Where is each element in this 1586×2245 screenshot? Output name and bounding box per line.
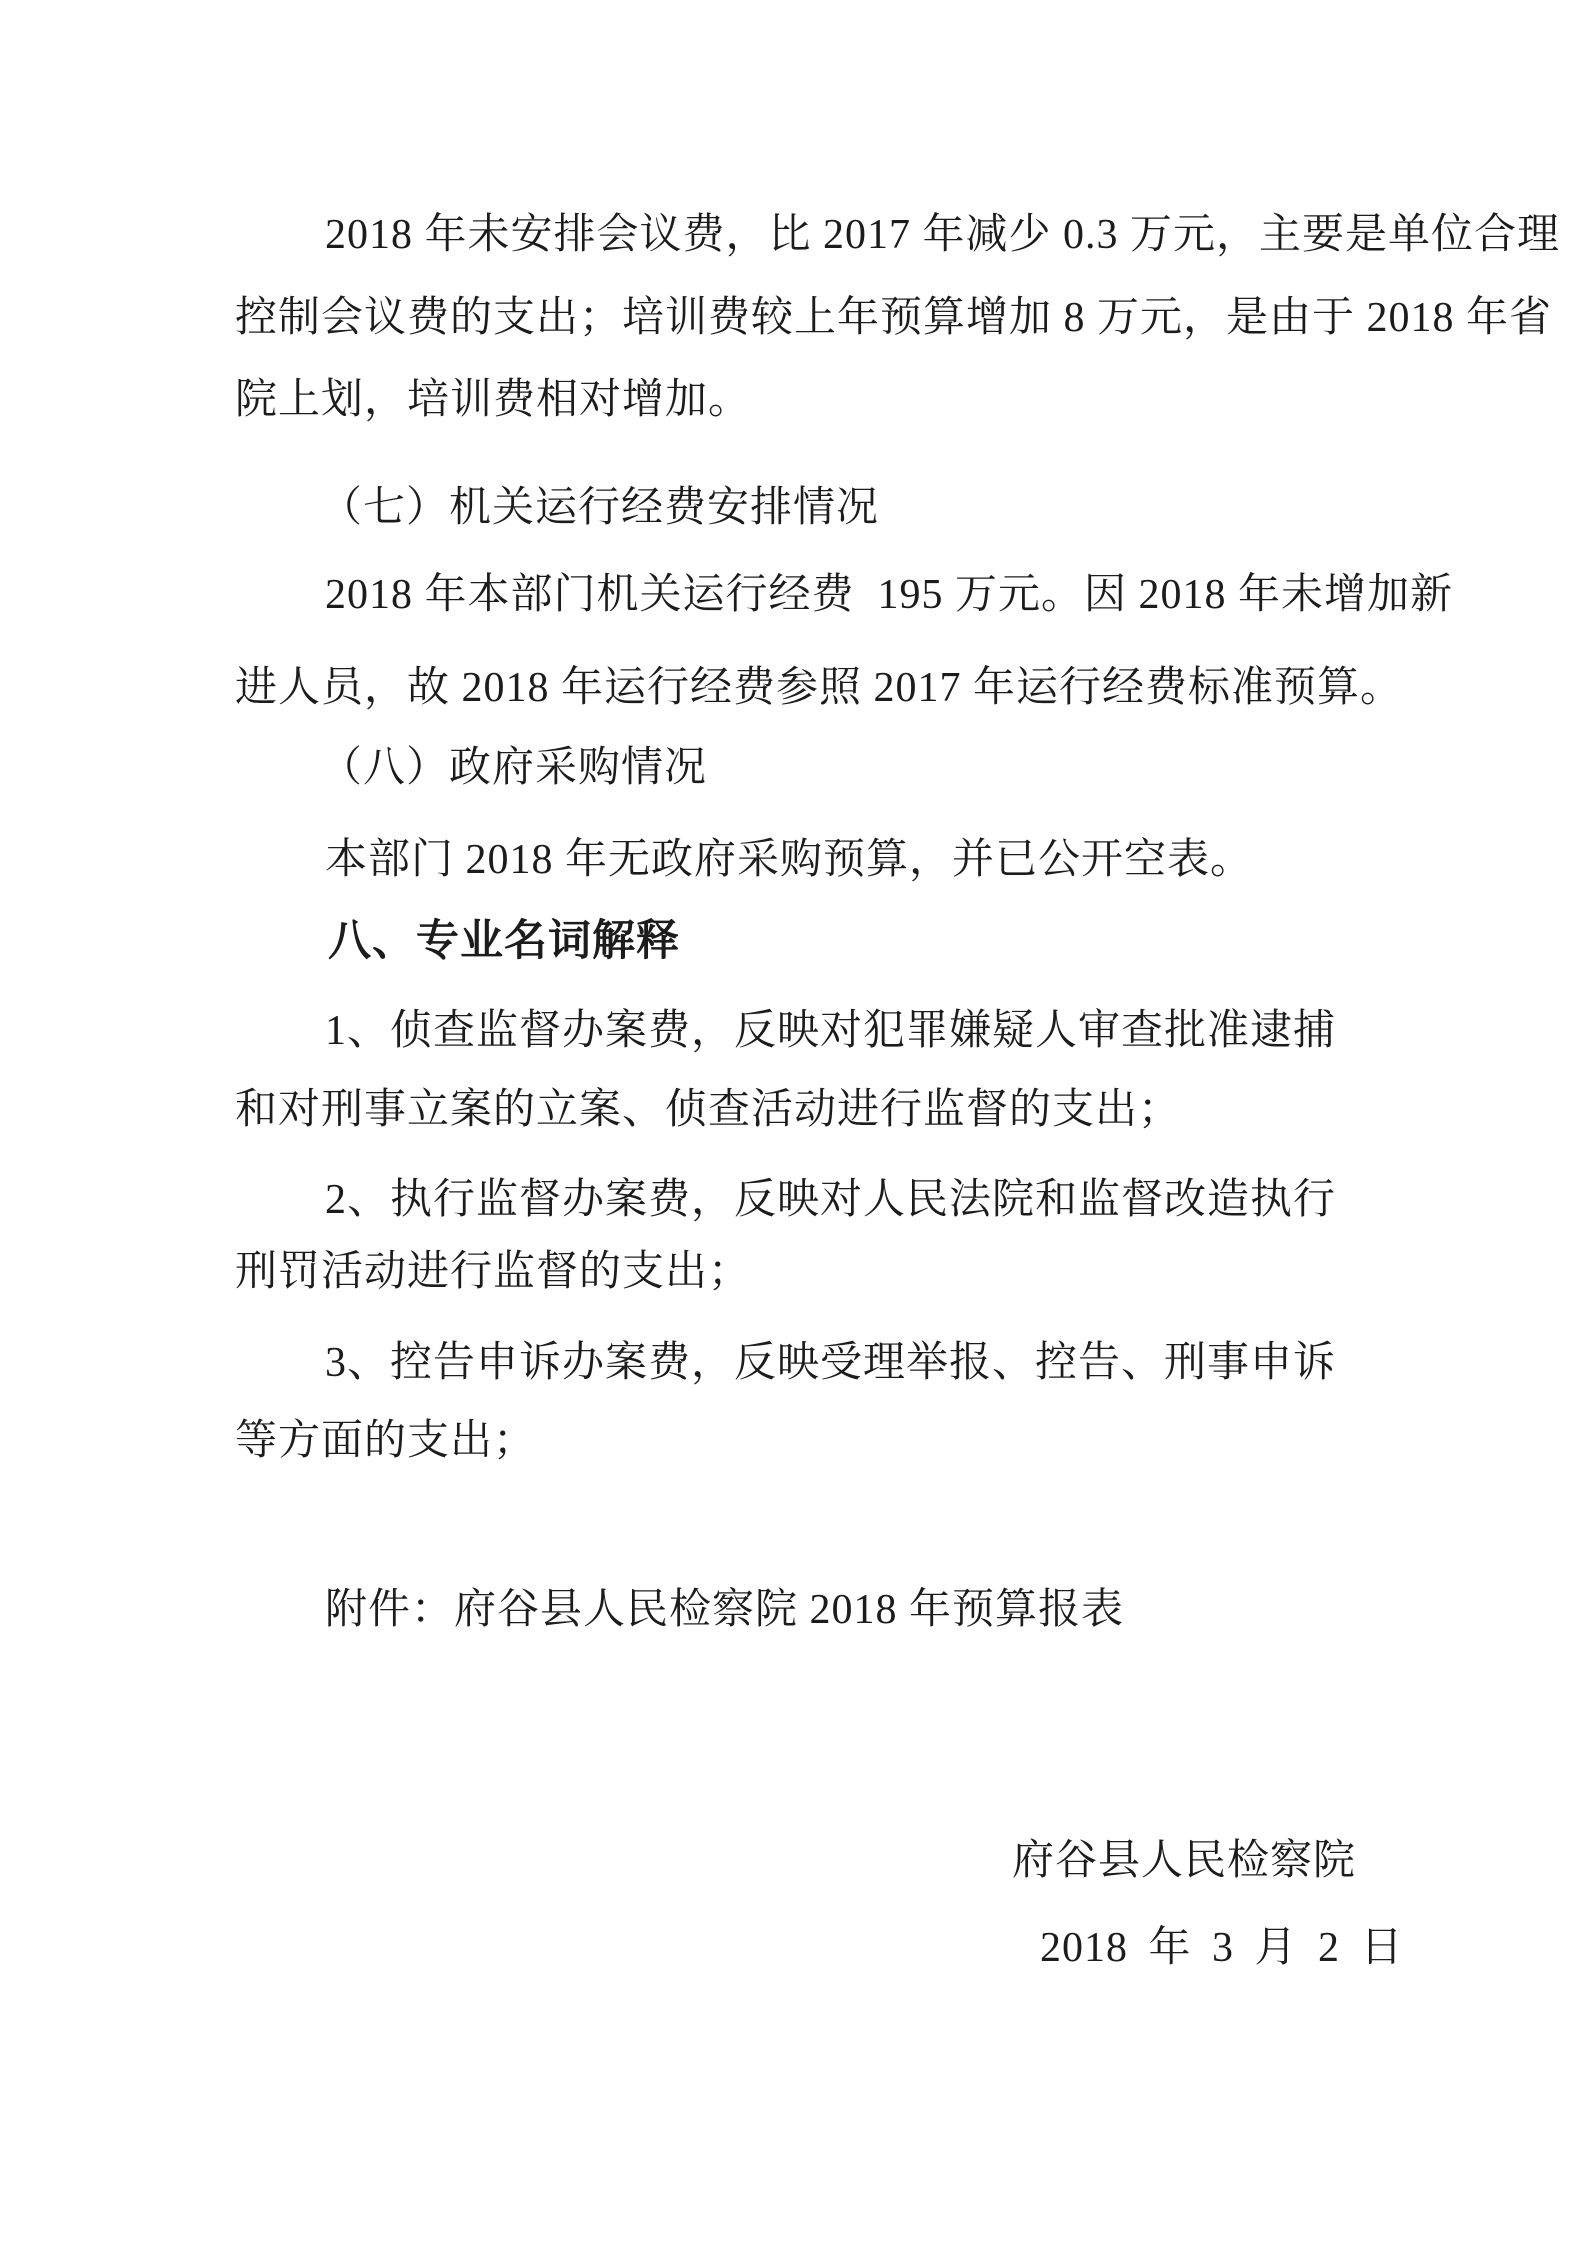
- para-meeting-fee-line-2: 控制会议费的支出；培训费较上年预算增加 8 万元，是由于 2018 年省: [235, 292, 1552, 345]
- term-3-line-2: 等方面的支出；: [235, 1415, 536, 1468]
- para-meeting-fee-line-3: 院上划，培训费相对增加。: [235, 374, 751, 427]
- para-meeting-fee-line-1: 2018 年未安排会议费，比 2017 年减少 0.3 万元，主要是单位合理: [325, 209, 1560, 262]
- term-2-line-2: 刑罚活动进行监督的支出；: [235, 1246, 751, 1299]
- term-2-line-1: 2、执行监督办案费，反映对人民法院和监督改造执行: [325, 1174, 1336, 1227]
- signature-date: 2018 年 3 月 2 日: [1040, 1922, 1404, 1975]
- attachment-note: 附件：府谷县人民检察院 2018 年预算报表: [325, 1584, 1124, 1637]
- term-1-line-1: 1、侦查监督办案费，反映对犯罪嫌疑人审查批准逮捕: [325, 1005, 1336, 1058]
- para-operating-cost-line-1: 2018 年本部门机关运行经费 195 万元。因 2018 年未增加新: [325, 569, 1453, 622]
- section-8-heading: （八）政府采购情况: [320, 742, 707, 795]
- terms-section-heading: 八、专业名词解释: [328, 915, 680, 969]
- section-7-heading: （七）机关运行经费安排情况: [320, 482, 879, 535]
- term-1-line-2: 和对刑事立案的立案、侦查活动进行监督的支出；: [235, 1084, 1181, 1137]
- para-procurement: 本部门 2018 年无政府采购预算，并已公开空表。: [325, 834, 1253, 887]
- document-page: 2018 年未安排会议费，比 2017 年减少 0.3 万元，主要是单位合理 控…: [0, 0, 1586, 2245]
- term-3-line-1: 3、控告申诉办案费，反映受理举报、控告、刑事申诉: [325, 1337, 1336, 1390]
- signature-organization: 府谷县人民检察院: [1012, 1835, 1356, 1888]
- para-operating-cost-line-2: 进人员，故 2018 年运行经费参照 2017 年运行经费标准预算。: [235, 662, 1403, 715]
